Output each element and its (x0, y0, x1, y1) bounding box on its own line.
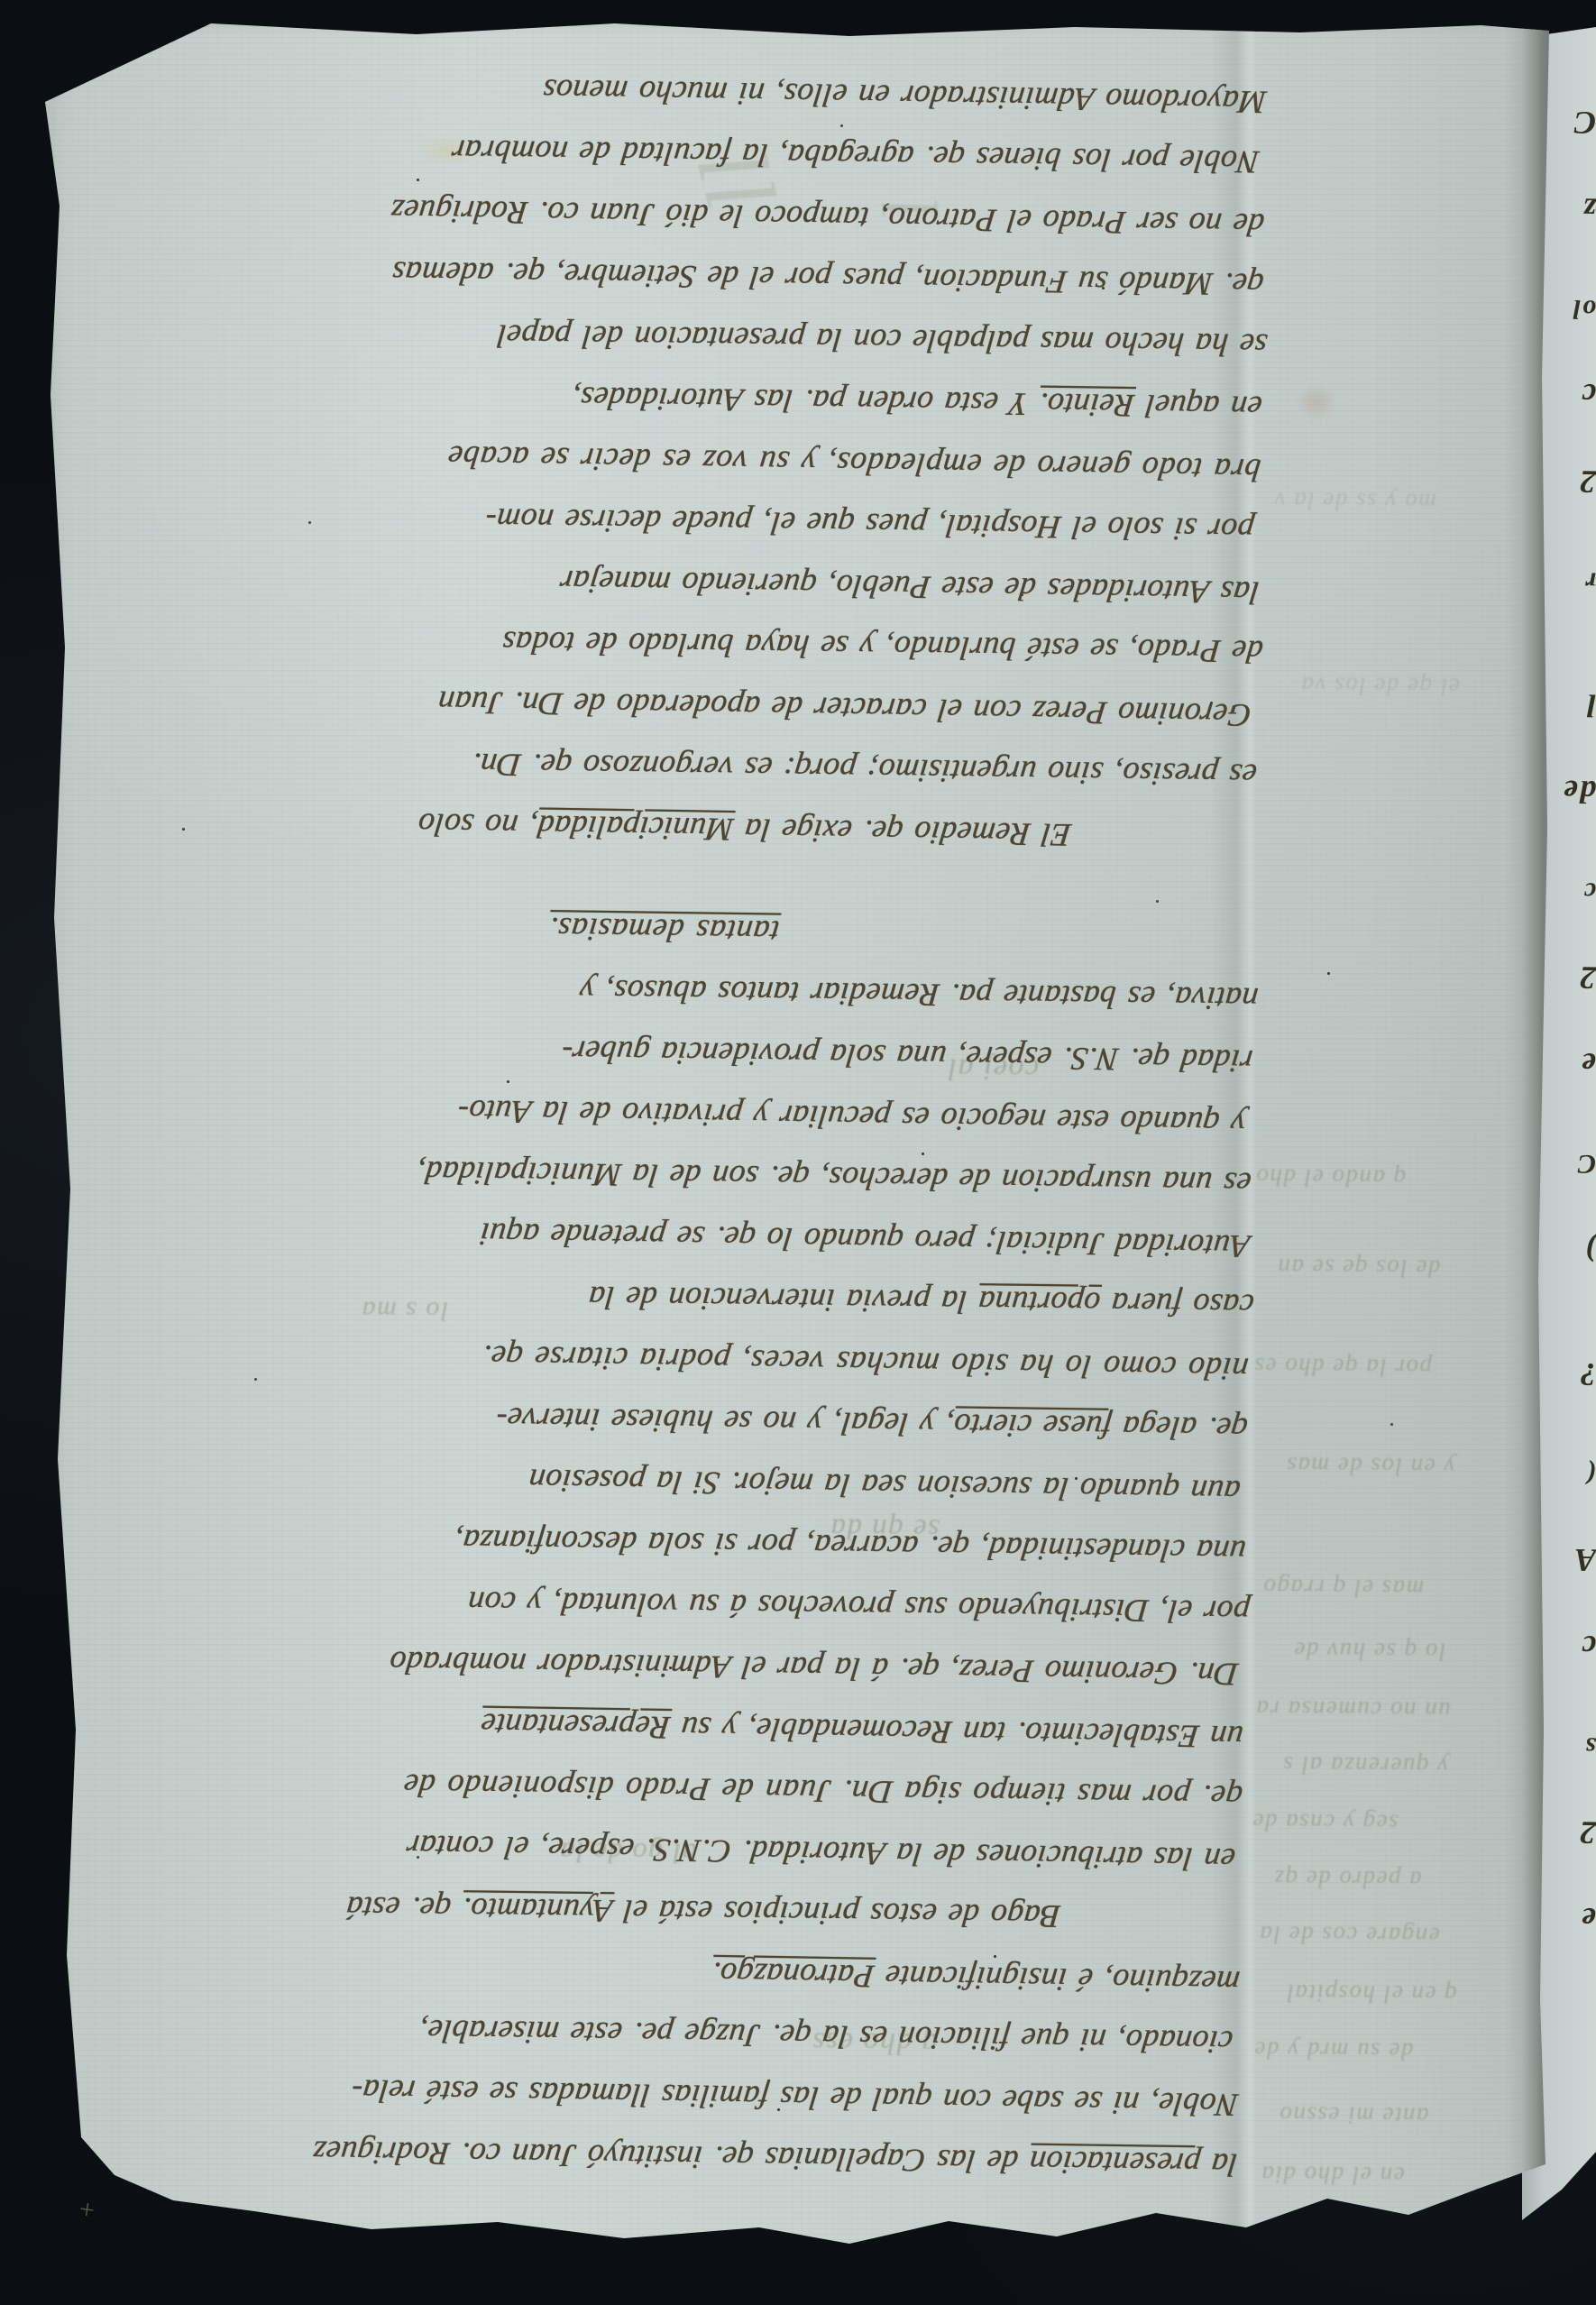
cut-off-letter-fragment: r (1546, 537, 1596, 625)
show-through-line: seg y cnsa de (1252, 1807, 1399, 1836)
cut-off-letter-fragment: e (1555, 1876, 1596, 1963)
line-text: por si solo el Hospital, pues que el, pu… (483, 501, 1256, 548)
line-text: de no ser Prado el Patrono, tampoco le d… (389, 193, 1266, 243)
line-text: Noble por los bienes qe. agregaba, la fa… (449, 133, 1261, 180)
line-text: Bago de estos principios está el (610, 1893, 1062, 1934)
line-text: una clandestinidad, qe. acarrea, por si … (452, 1523, 1247, 1570)
line-text: es presiso, sino urgentisimo; porq: es v… (470, 747, 1259, 794)
cut-off-letter-fragment: l (1546, 662, 1596, 749)
show-through-line: q ando el dho (1255, 1162, 1407, 1191)
cut-off-letter-fragment: ol (1546, 265, 1596, 353)
show-through-line: de los qe se an (1277, 1253, 1441, 1282)
show-through-line: a pedro de qz (1273, 1864, 1422, 1893)
cut-off-letter-fragment: ) (1546, 1207, 1596, 1294)
show-through-line: ante mi essno (1279, 2100, 1429, 2129)
line-text: de Prado, se esté burlando, y se haya bu… (500, 625, 1265, 670)
line-text: , y legal, y no se hubiese interve- (493, 1400, 956, 1443)
underlined-text: Representante (479, 1707, 673, 1746)
underlined-text: tantas demasias. (546, 911, 782, 950)
cut-off-letter-fragment: s (1546, 1703, 1596, 1790)
underlined-text: Ayuntamto. (460, 1891, 614, 1929)
show-through-line: de su mrd y de (1253, 2035, 1414, 2065)
line-text: qe. alega (1109, 1410, 1250, 1447)
line-text: bra todo genero de empleados, y su voz e… (445, 439, 1263, 489)
line-text: aun quando la sucesion sea la mejor. Si … (527, 1462, 1243, 1510)
corner-cross-mark: + (76, 2194, 98, 2227)
show-through-line: por la qe dho es (1253, 1352, 1432, 1382)
line-text: en aquel (1132, 388, 1263, 426)
show-through-line: y en los de mas (1286, 1451, 1455, 1481)
show-through-line: mo y ss de la v (1273, 486, 1436, 516)
show-through-line: en el dho dia (1261, 2160, 1405, 2189)
line-text: en las atribuciones de la Autoridad. C.N… (404, 1828, 1237, 1878)
line-text: , no solo (416, 806, 539, 844)
show-through-line: mas el q rrago (1262, 1573, 1425, 1602)
line-text: se ha hecho mas palpable con la presenta… (495, 318, 1269, 363)
line-text: nativa, es bastante pa. Remediar tantos … (578, 973, 1261, 1017)
cut-off-letter-fragment: 2 (1546, 934, 1596, 1022)
document-scan-stage: Czolc2rldec2eC)?(Acs2e lllcoej alse qn d… (0, 0, 1596, 2305)
cut-off-letter-fragment: ? (1546, 1331, 1596, 1419)
line-text: y quando este negocio es peculiar y priv… (455, 1093, 1247, 1142)
line-text: caso fuera (1098, 1286, 1255, 1324)
line-text: de las Capellanias qe. instituyó Juan co… (310, 2135, 1031, 2181)
adjacent-page-cut-off-text: Czolc2rldec2eC)?(Acs2e (1547, 79, 1596, 1962)
line-text: Geronimo Perez con el caracter de apoder… (436, 684, 1253, 734)
show-through-line: un no cumensa ra (1255, 1694, 1451, 1724)
cut-off-letter-fragment: 2 (1546, 438, 1596, 526)
underlined-text: Municipalidad (536, 809, 736, 848)
line-text: mezquino, é insignificante (872, 1959, 1242, 2001)
show-through-line: engare cos de la (1259, 1920, 1440, 1950)
show-through-line: q en el hospital (1286, 1979, 1457, 2008)
cut-off-letter-fragment: 2 (1546, 1789, 1596, 1877)
underlined-text: Patronazgo. (710, 1956, 876, 1995)
ink-specks (38, 16, 41, 19)
line-text: Autoridad Judicial; pero quando lo qe. s… (478, 1217, 1252, 1265)
manuscript-page: lllcoej alse qn daal go de laq dho esslo… (38, 16, 1549, 2267)
line-text: un Establecimto. tan Recomendable, y su (667, 1710, 1244, 1755)
line-text: Dn. Geronimo Perez, qe. á la par el Admi… (387, 1645, 1240, 1693)
cut-off-letter-fragment: c (1546, 1603, 1596, 1691)
cut-off-letter-fragment: de (1555, 748, 1596, 836)
line-text: qe. Mandó su Fundacion, pues por el de S… (390, 255, 1265, 303)
cut-off-letter-fragment: C (1555, 1120, 1596, 1208)
line-text: Mayordomo Administrador en ellos, ni muc… (540, 73, 1268, 121)
cut-off-letter-fragment: ( (1546, 1430, 1596, 1518)
cut-off-letter-fragment: e (1546, 1021, 1596, 1108)
line-text: Y esta orden pa. las Autoridades, (570, 380, 1041, 422)
underlined-text: fuese cierto (951, 1407, 1113, 1445)
line-text: ridad qe. N.S. espere, una sola providen… (559, 1033, 1254, 1079)
line-text: qe. por mas tiempo siga Dn. Juan de Prad… (401, 1768, 1244, 1815)
cut-off-letter-fragment: c (1555, 352, 1596, 439)
line-text: las Autoridades de este Pueblo, queriend… (557, 564, 1261, 611)
line-text: qe. está (344, 1890, 464, 1928)
cut-off-letter-fragment: C (1546, 79, 1596, 167)
cut-off-letter-fragment: A (1555, 1517, 1596, 1604)
line-text: la (1197, 2146, 1239, 2183)
show-through-line: y querenza al s (1282, 1750, 1448, 1780)
handwritten-text-block: la presentacion de las Capellanias qe. i… (78, 55, 1267, 2196)
line-text: es una usurpacion de derechos, qe. son d… (415, 1154, 1253, 1202)
underlined-text: presentacion (1027, 2144, 1202, 2183)
line-text: Noble, ni se sabe con qual de las famili… (349, 2072, 1240, 2123)
underlined-text: Reinto. (1036, 387, 1136, 424)
line-text: la previa intervencion de la (587, 1280, 980, 1320)
underlined-text: oportuna (977, 1284, 1102, 1322)
show-through-line: el qe de los va (1300, 671, 1460, 701)
line-text: cionado, ni que filiacion es la qe. Juzg… (417, 2013, 1234, 2061)
line-text: por el, Distribuyendo sus provechos á su… (466, 1584, 1252, 1630)
line-text: nido como lo ha sido muchas veces, podri… (480, 1339, 1251, 1388)
cut-off-letter-fragment: c (1546, 848, 1596, 935)
line-text: El Remedio qe. exige la (731, 812, 1073, 853)
show-through-line: lo q se huv de (1293, 1636, 1446, 1665)
cut-off-letter-fragment: z (1546, 166, 1596, 253)
